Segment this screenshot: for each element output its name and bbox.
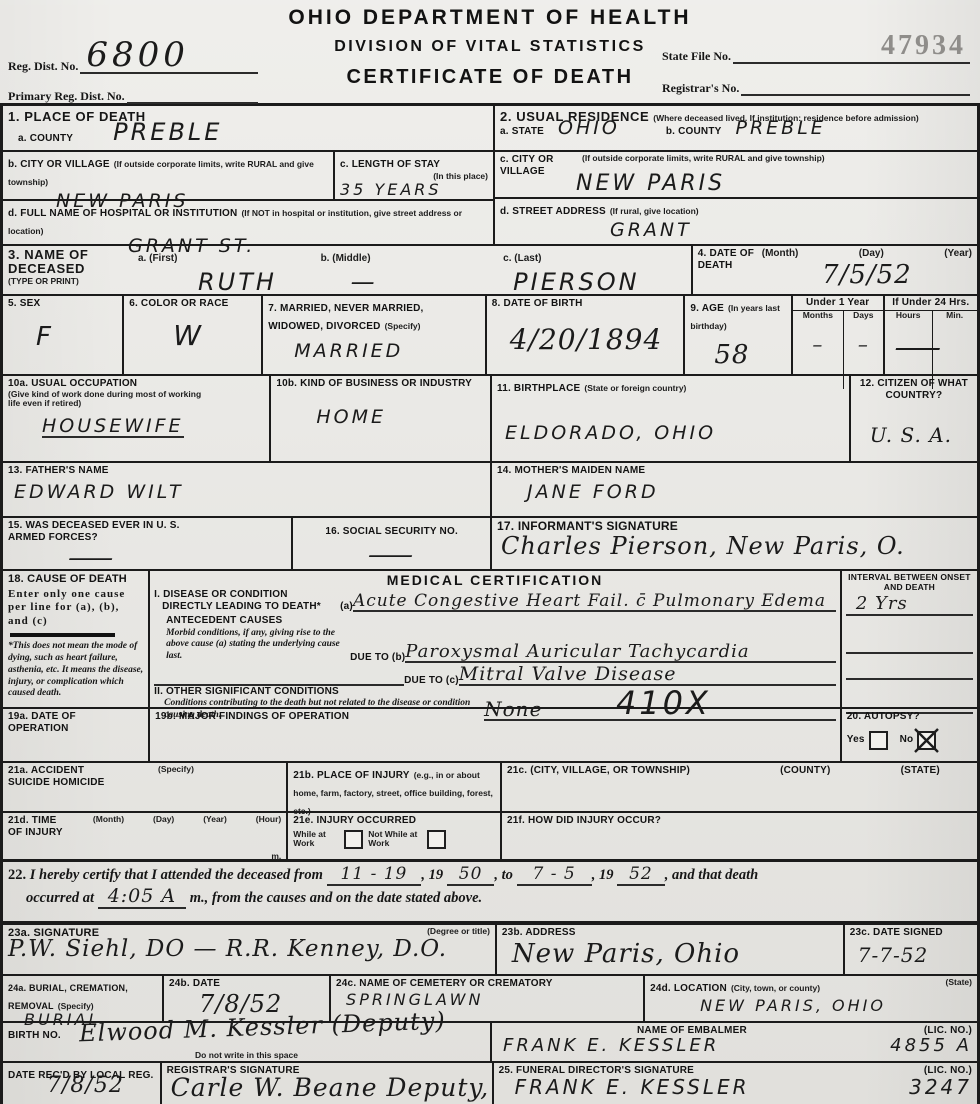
date-received-value: 7/8/52 <box>47 1075 124 1097</box>
burial-date-label: 24b. DATE <box>169 978 324 990</box>
field-injury-location: 21c. (CITY, VILLAGE, OR TOWNSHIP) (COUNT… <box>500 763 977 811</box>
occupation-note: (Give kind of work done during most of w… <box>8 390 208 410</box>
pod-stay-value: 35 YEARS <box>340 182 488 198</box>
field-injury-time: 21d. TIME OF INJURY (Month) (Day) (Year)… <box>3 813 286 859</box>
accident-note: (Specify) <box>158 765 194 809</box>
field-injury-how: 21f. HOW DID INJURY OCCUR? <box>500 813 977 859</box>
row-occupation: 10a. USUAL OCCUPATION (Give kind of work… <box>3 376 977 463</box>
field-injury-place: 21b. PLACE OF INJURY (e.g., in or about … <box>286 763 500 811</box>
injury-occurred-label: 21e. INJURY OCCURRED <box>293 815 495 827</box>
field-date-received: DATE REC'D BY LOCAL REG. 7/8/52 <box>3 1063 160 1104</box>
name-middle-value: — <box>351 270 504 294</box>
age-value: 58 <box>714 342 785 368</box>
row-accident: 21a. ACCIDENT SUICIDE HOMICIDE (Specify)… <box>3 763 977 813</box>
row-physician: 23a. SIGNATURE (Degree or title) P.W. Si… <box>3 923 977 976</box>
field-business: 10b. KIND OF BUSINESS OR INDUSTRY HOME <box>269 376 490 461</box>
field-date-signed: 23c. DATE SIGNED 7-7-52 <box>843 925 977 974</box>
occupation-value: HOUSEWIFE <box>42 417 184 438</box>
interval-column: INTERVAL BETWEEN ONSET AND DEATH 2 Yrs <box>840 571 977 707</box>
primary-reg-dist-value <box>127 88 258 104</box>
interval-header: INTERVAL BETWEEN ONSET AND DEATH <box>842 571 977 593</box>
mother-value: JANE FORD <box>527 483 972 502</box>
mother-label: 14. MOTHER'S MAIDEN NAME <box>497 465 972 477</box>
hours-min-value: — <box>893 333 943 363</box>
injury-time-hour-label: (Hour) <box>256 815 282 838</box>
injury-location-county-label: (COUNTY) <box>780 765 830 809</box>
field-date-of-birth: 8. DATE OF BIRTH 4/20/1894 <box>485 296 684 374</box>
divider <box>10 633 115 637</box>
not-while-at-work-checkbox <box>427 830 446 849</box>
primary-reg-dist-label: Primary Reg. Dist. No. <box>8 89 125 104</box>
res-county-value: PREBLE <box>736 119 826 138</box>
row-injury-time: 21d. TIME OF INJURY (Month) (Day) (Year)… <box>3 813 977 861</box>
autopsy-yes-checkbox <box>869 731 888 750</box>
embalmer-name-value: FRANK E. KESSLER <box>503 1037 719 1055</box>
burial-location-note: (City, town, or county) <box>731 983 820 993</box>
field-accident: 21a. ACCIDENT SUICIDE HOMICIDE (Specify) <box>3 763 286 811</box>
state-file-value: 47934 <box>733 30 970 64</box>
row-parents: 13. FATHER'S NAME EDWARD WILT 14. MOTHER… <box>3 463 977 518</box>
physician-signature-value: P.W. Siehl, DO — R.R. Kenney, D.O. <box>8 938 490 961</box>
antecedent-label: ANTECEDENT CAUSES <box>166 615 836 627</box>
field-burial-location: 24d. LOCATION (City, town, or county) (S… <box>643 976 977 1021</box>
row-medical-certification: 18. CAUSE OF DEATH Enter only one cause … <box>3 571 977 707</box>
funeral-director-lic-value: 3247 <box>909 1077 972 1097</box>
injury-time-label: 21d. TIME OF INJURY <box>8 815 64 838</box>
embalmer-lic-value: 4855 A <box>890 1037 972 1055</box>
color-race-value: W <box>173 322 256 350</box>
sex-label: 5. SEX <box>8 298 117 310</box>
certify-text-5: , and that death <box>665 867 758 883</box>
line-b-label: DUE TO (b) <box>350 652 405 664</box>
header: OHIO DEPARTMENT OF HEALTH DIVISION OF VI… <box>0 0 980 103</box>
field-citizen: 12. CITIZEN OF WHAT COUNTRY? U. S. A. <box>849 376 977 461</box>
field-funeral-director: 25. FUNERAL DIRECTOR'S SIGNATURE (LIC. N… <box>492 1063 977 1104</box>
medical-certification-body: MEDICAL CERTIFICATION I. DISEASE OR COND… <box>148 571 840 707</box>
line-a-label: (a) <box>340 601 353 613</box>
name-middle-label: b. (Middle) <box>321 253 371 264</box>
res-street-value: GRANT <box>610 221 972 240</box>
autopsy-label: 20. AUTOPSY? <box>847 711 972 723</box>
field-operation-date: 19a. DATE OF OPERATION <box>3 709 148 761</box>
name-title: 3. NAME OF DECEASED <box>8 248 138 277</box>
certify-text-4: , 19 <box>592 867 614 883</box>
pod-stay-label: c. LENGTH OF STAY <box>340 159 440 170</box>
dod-value: 7/5/52 <box>762 262 972 288</box>
pod-county-label: a. COUNTY <box>18 133 73 145</box>
group-under-1-year: Under 1 Year Months – Days – <box>791 296 883 374</box>
row-place-residence: 1. PLACE OF DEATH a. COUNTY PREBLE b. CI… <box>3 106 977 246</box>
certify-time: 4:05 A <box>98 885 186 909</box>
name-first-label: a. (First) <box>138 253 177 264</box>
line-c-leader <box>154 672 404 686</box>
field-name-of-deceased: 3. NAME OF DECEASED (TYPE OR PRINT) a. (… <box>3 246 691 294</box>
field-informant: 17. INFORMANT'S SIGNATURE Charles Pierso… <box>490 518 977 569</box>
injury-while-label: While at Work <box>293 830 339 850</box>
citizen-label: 12. CITIZEN OF WHAT COUNTRY? <box>856 378 972 401</box>
months-label: Months <box>793 311 843 321</box>
informant-value: Charles Pierson, New Paris, O. <box>501 534 972 558</box>
row-certify: 22. I hereby certify that I attended the… <box>3 861 977 923</box>
field-operation-findings: 19b. MAJOR FINDINGS OF OPERATION <box>148 709 840 761</box>
field-physician-signature: 23a. SIGNATURE (Degree or title) P.W. Si… <box>3 925 495 974</box>
certificate-form: 1. PLACE OF DEATH a. COUNTY PREBLE b. CI… <box>0 103 980 1104</box>
date-signed-value: 7-7-52 <box>858 945 972 965</box>
field-burial-type: 24a. BURIAL, CREMATION, REMOVAL (Specify… <box>3 976 162 1021</box>
field-birth-no: BIRTH NO. Do not write in this space Elw… <box>3 1023 490 1061</box>
certify-text-6: occurred at <box>8 890 94 906</box>
certify-to-year: 52 <box>617 864 665 886</box>
registrar-signature-value: Carle W. Beane Deputy, <box>171 1075 487 1100</box>
death-certificate-scan: OHIO DEPARTMENT OF HEALTH DIVISION OF VI… <box>0 0 980 1104</box>
field-pod-county: 1. PLACE OF DEATH a. COUNTY PREBLE <box>3 106 493 152</box>
armed-forces-label: 15. WAS DECEASED EVER IN U. S. ARMED FOR… <box>8 520 198 543</box>
line-b-value: Paroxysmal Auricular Tachycardia <box>405 643 836 663</box>
cause-title: 18. CAUSE OF DEATH <box>8 573 143 586</box>
father-label: 13. FATHER'S NAME <box>8 465 485 477</box>
name-last-value: PIERSON <box>513 270 686 294</box>
min-label: Min. <box>933 311 977 321</box>
field-res-city: c. CITY OR VILLAGE (If outside corporate… <box>495 152 977 199</box>
field-age: 9. AGE (In years last birthday) 58 <box>683 296 790 374</box>
row-informant: 15. WAS DECEASED EVER IN U. S. ARMED FOR… <box>3 518 977 571</box>
row-birthno-embalmer: BIRTH NO. Do not write in this space Elw… <box>3 1023 977 1063</box>
birthplace-value: ELDORADO, OHIO <box>505 424 844 443</box>
dod-label: 4. DATE OF DEATH <box>698 248 762 292</box>
field-pod-hospital: d. FULL NAME OF HOSPITAL OR INSTITUTION … <box>3 201 493 248</box>
field-marital: 7. MARRIED, NEVER MARRIED, WIDOWED, DIVO… <box>261 296 484 374</box>
res-state-value: OHIO <box>558 119 620 138</box>
certify-text-1: I hereby certify that I attended the dec… <box>30 867 323 883</box>
field-birthplace: 11. BIRTHPLACE (State or foreign country… <box>490 376 849 461</box>
field-pod-stay: c. LENGTH OF STAY (In this place) 35 YEA… <box>333 152 493 199</box>
business-label: 10b. KIND OF BUSINESS OR INDUSTRY <box>276 378 485 390</box>
citizen-value: U. S. A. <box>870 425 972 445</box>
certify-to-date: 7 - 5 <box>517 864 592 886</box>
cemetery-value: SPRINGLAWN <box>346 992 638 1008</box>
injury-location-label: 21c. (CITY, VILLAGE, OR TOWNSHIP) <box>507 765 690 809</box>
while-at-work-checkbox <box>344 830 363 849</box>
reg-dist-value: 6800 <box>80 38 258 74</box>
field-autopsy: 20. AUTOPSY? Yes No <box>840 709 977 761</box>
days-label: Days <box>844 311 883 321</box>
field-injury-occurred: 21e. INJURY OCCURRED While at Work Not W… <box>286 813 500 859</box>
res-state-label: a. STATE <box>500 126 544 138</box>
color-race-label: 6. COLOR OR RACE <box>129 298 256 310</box>
row-pod-city-stay: b. CITY OR VILLAGE (If outside corporate… <box>3 152 493 201</box>
dob-value: 4/20/1894 <box>510 326 679 354</box>
medical-certification-title: MEDICAL CERTIFICATION <box>154 572 836 588</box>
row-name-dod: 3. NAME OF DECEASED (TYPE OR PRINT) a. (… <box>3 246 977 296</box>
field-date-of-death: 4. DATE OF DEATH (Month) (Day) (Year) 7/… <box>691 246 977 294</box>
x-mark-icon <box>915 729 938 752</box>
field-res-state-county: 2. USUAL RESIDENCE (Where deceased lived… <box>495 106 977 152</box>
dob-label: 8. DATE OF BIRTH <box>492 298 679 310</box>
antecedent-note: Morbid conditions, if any, giving rise t… <box>154 628 350 664</box>
field-color-race: 6. COLOR OR RACE W <box>122 296 261 374</box>
hours-label: Hours <box>885 311 932 321</box>
injury-time-month-label: (Month) <box>93 815 124 838</box>
cause-footnote: *This does not mean the mode of dying, s… <box>8 641 143 700</box>
certify-number: 22. <box>8 867 26 883</box>
usual-residence-section: 2. USUAL RESIDENCE (Where deceased lived… <box>493 106 977 244</box>
cemetery-label: 24c. NAME OF CEMETERY OR CREMATORY <box>336 978 638 990</box>
part2-label: II. OTHER SIGNIFICANT CONDITIONS <box>154 686 484 698</box>
birthplace-note: (State or foreign country) <box>584 383 686 393</box>
res-street-note: (If rural, give location) <box>610 206 699 216</box>
certify-text-2: , 19 <box>421 867 443 883</box>
birthplace-label: 11. BIRTHPLACE <box>497 383 580 394</box>
operation-date-label: 19a. DATE OF OPERATION <box>8 711 118 734</box>
date-signed-label: 23c. DATE SIGNED <box>850 927 972 939</box>
dod-year-label: (Year) <box>944 248 972 260</box>
res-street-label: d. STREET ADDRESS <box>500 206 606 217</box>
interval-a-value: 2 Yrs <box>856 593 908 614</box>
field-sex: 5. SEX F <box>3 296 122 374</box>
marital-note: (Specify) <box>385 321 421 331</box>
pod-county-value: PREBLE <box>113 120 222 144</box>
dod-month-label: (Month) <box>762 248 799 260</box>
marital-value: MARRIED <box>294 342 479 361</box>
row-sex-age: 5. SEX F 6. COLOR OR RACE W 7. MARRIED, … <box>3 296 977 376</box>
ssn-label: 16. SOCIAL SECURITY NO. <box>298 526 485 538</box>
cause-instruction: Enter only one cause per line for (a), (… <box>8 588 143 629</box>
registrar-no-value <box>741 80 970 96</box>
autopsy-no-checkbox <box>917 731 936 750</box>
months-value: – <box>793 334 843 354</box>
part1-label-line1: I. DISEASE OR CONDITION <box>154 589 340 601</box>
part1-label-line2: DIRECTLY LEADING TO DEATH* <box>154 601 340 613</box>
burial-location-state-note: (State) <box>946 978 972 988</box>
cause-of-death-sidebar: 18. CAUSE OF DEATH Enter only one cause … <box>3 571 148 707</box>
certify-from-year: 50 <box>447 864 495 886</box>
name-last-label: c. (Last) <box>503 253 541 264</box>
burial-location-label: 24d. LOCATION <box>650 983 727 994</box>
field-embalmer: NAME OF EMBALMER (LIC. NO.) FRANK E. KES… <box>490 1023 977 1061</box>
field-father: 13. FATHER'S NAME EDWARD WILT <box>3 463 490 516</box>
line-c-value: Mitral Valve Disease <box>459 665 836 686</box>
field-occupation: 10a. USUAL OCCUPATION (Give kind of work… <box>3 376 269 461</box>
birth-no-note: Do not write in this space <box>8 1051 485 1061</box>
field-res-street: d. STREET ADDRESS (If rural, give locati… <box>495 199 977 246</box>
burial-location-value: NEW PARIS, OHIO <box>700 998 972 1014</box>
father-value: EDWARD WILT <box>14 483 485 502</box>
birth-no-label: BIRTH NO. <box>8 1030 61 1041</box>
injury-place-label: 21b. PLACE OF INJURY <box>293 770 409 781</box>
certify-text-7: m., from the causes and on the date stat… <box>190 890 482 906</box>
autopsy-no-label: No <box>900 734 914 746</box>
age-label: 9. AGE <box>690 303 724 314</box>
certify-from-date: 11 - 19 <box>327 864 422 886</box>
days-value: – <box>844 334 883 354</box>
interval-b-line <box>846 650 973 654</box>
occupation-label: 10a. USUAL OCCUPATION <box>8 378 264 390</box>
field-physician-address: 23b. ADDRESS New Paris, Ohio <box>495 925 843 974</box>
under-24-hrs-label: If Under 24 Hrs. <box>885 296 977 311</box>
pod-hospital-label: d. FULL NAME OF HOSPITAL OR INSTITUTION <box>8 208 237 219</box>
sex-value: F <box>36 324 117 350</box>
injury-time-day-label: (Day) <box>153 815 174 838</box>
field-ssn: 16. SOCIAL SECURITY NO. — <box>291 518 490 569</box>
accident-label: 21a. ACCIDENT SUICIDE HOMICIDE <box>8 765 118 809</box>
name-first-value: RUTH <box>198 270 321 294</box>
physician-address-label: 23b. ADDRESS <box>502 927 838 939</box>
line-c-label: DUE TO (c) <box>404 675 459 687</box>
field-pod-city: b. CITY OR VILLAGE (If outside corporate… <box>3 152 333 199</box>
state-file-label: State File No. <box>662 49 731 64</box>
autopsy-yes-label: Yes <box>847 734 865 746</box>
pod-city-label: b. CITY OR VILLAGE <box>8 159 110 170</box>
dod-day-label: (Day) <box>859 248 884 260</box>
place-of-death-section: 1. PLACE OF DEATH a. COUNTY PREBLE b. CI… <box>3 106 493 244</box>
reg-dist-label: Reg. Dist. No. <box>8 59 78 74</box>
registrar-no-label: Registrar's No. <box>662 81 739 96</box>
under-1-year-label: Under 1 Year <box>793 296 883 311</box>
group-under-24-hrs: If Under 24 Hrs. Hours Min. — <box>883 296 977 374</box>
injury-location-state-label: (STATE) <box>901 765 940 809</box>
field-registrar-signature: REGISTRAR'S SIGNATURE Carle W. Beane Dep… <box>160 1063 492 1104</box>
business-value: HOME <box>316 408 485 427</box>
row-operation-autopsy: 19a. DATE OF OPERATION 19b. MAJOR FINDIN… <box>3 707 977 763</box>
operation-findings-label: 19b. MAJOR FINDINGS OF OPERATION <box>155 711 835 723</box>
injury-how-label: 21f. HOW DID INJURY OCCUR? <box>507 815 972 827</box>
funeral-director-name-value: FRANK E. KESSLER <box>515 1077 750 1097</box>
agency-title: OHIO DEPARTMENT OF HEALTH <box>0 6 980 30</box>
name-title-note: (TYPE OR PRINT) <box>8 277 138 287</box>
res-city-label: c. CITY OR VILLAGE <box>500 154 560 177</box>
interval-c-line <box>846 676 973 680</box>
line-a-value: Acute Congestive Heart Fail. c̄ Pulmonar… <box>353 593 836 612</box>
injury-time-year-label: (Year) <box>203 815 227 838</box>
field-mother: 14. MOTHER'S MAIDEN NAME JANE FORD <box>490 463 977 516</box>
certify-text-3: , to <box>494 867 513 883</box>
armed-forces-value: — <box>67 545 116 571</box>
res-county-label: b. COUNTY <box>666 126 722 138</box>
row-registrar-funeral: DATE REC'D BY LOCAL REG. 7/8/52 REGISTRA… <box>3 1063 977 1104</box>
physician-address-value: New Paris, Ohio <box>512 941 838 967</box>
injury-not-while-label: Not While at Work <box>368 830 422 850</box>
field-certify-statement: 22. I hereby certify that I attended the… <box>3 862 977 921</box>
